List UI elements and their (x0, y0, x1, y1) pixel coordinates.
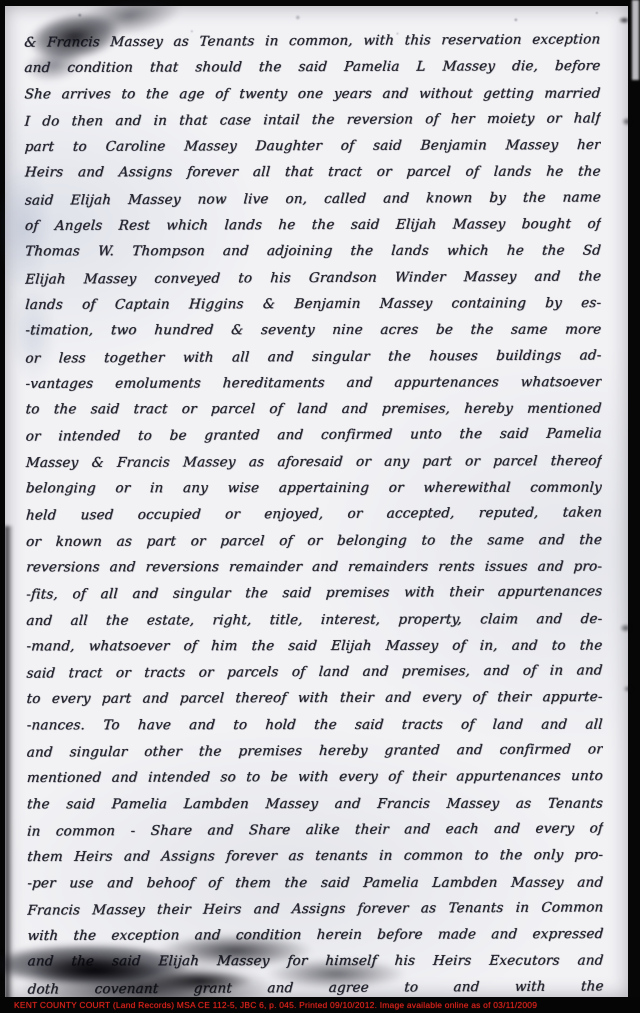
manuscript-line: and condition that should the said Pamel… (24, 53, 602, 81)
archive-caption: KENT COUNTY COURT (Land Records) MSA CE … (14, 1001, 537, 1010)
manuscript-line: and all the estate, right, title, intere… (25, 606, 603, 634)
scanned-deed-page: & Francis Massey as Tenants in common, w… (0, 0, 640, 1013)
manuscript-line: held used occupied or enjoyed, or accept… (25, 500, 603, 530)
manuscript-line: mentioned and intended so to be with eve… (26, 763, 604, 791)
manuscript-line: -per use and behoof of them the said Pam… (26, 869, 604, 896)
manuscript-line: Francis Massey their Heirs and Assigns f… (26, 894, 604, 924)
manuscript-line: to every part and parcel thereof with th… (26, 684, 604, 712)
manuscript-line: reversions and reversions remainder and … (25, 554, 603, 581)
manuscript-line: -timation, two hundred & seventy nine ac… (24, 317, 602, 344)
manuscript-line: said tract or tracts or parcels of land … (26, 658, 604, 688)
manuscript-line: with the exception and condition herein … (27, 921, 605, 949)
manuscript-line: or intended to be granted and confirmed … (25, 421, 603, 451)
manuscript-paper: & Francis Massey as Tenants in common, w… (5, 6, 628, 997)
manuscript-line: Heirs and Assigns forever all that tract… (24, 159, 602, 186)
manuscript-line: -vantages emoluments hereditaments and a… (25, 369, 603, 397)
manuscript-line: -mand, whatsoever of him the said Elijah… (26, 632, 604, 659)
manuscript-line: part to Caroline Massey Daughter of said… (24, 132, 602, 160)
manuscript-line: Thomas W. Thompson and adjoining the lan… (24, 238, 602, 265)
manuscript-line: the said Pamelia Lambden Massey and Fran… (26, 790, 604, 817)
manuscript-line: belonging or in any wise appertaining or… (25, 475, 603, 502)
manuscript-line: -fits, of all and singular the said prem… (25, 579, 603, 609)
manuscript-line: in common - Share and Share alike their … (26, 815, 604, 845)
scan-frame-notch (632, 0, 639, 80)
scan-shadow-left-edge (5, 526, 13, 1006)
manuscript-line: I do then and in that case intail the re… (24, 105, 602, 135)
manuscript-line: Massey & Francis Massey as aforesaid or … (25, 448, 603, 476)
manuscript-line: said Elijah Massey now live on, called a… (24, 184, 602, 214)
manuscript-line: She arrives to the age of twenty one yea… (24, 80, 602, 107)
manuscript-line: of Angels Rest which lands he the said E… (24, 211, 602, 239)
manuscript-line: them Heirs and Assigns forever as tenant… (26, 842, 604, 870)
manuscript-line: -nances. To have and to hold the said tr… (26, 711, 604, 738)
manuscript-line: & Francis Massey as Tenants in common, w… (23, 26, 601, 56)
manuscript-line: or known as part or parcel of or belongi… (25, 527, 603, 555)
manuscript-line: or less together with all and singular t… (25, 342, 603, 372)
archive-footer-band: KENT COUNTY COURT (Land Records) MSA CE … (0, 997, 640, 1013)
manuscript-text-block: & Francis Massey as Tenants in common, w… (24, 27, 603, 1002)
manuscript-line: and the said Elijah Massey for himself h… (27, 948, 605, 975)
manuscript-line: and singular other the premises hereby g… (26, 736, 604, 766)
manuscript-line: lands of Captain Higgins & Benjamin Mass… (24, 290, 602, 318)
manuscript-line: to the said tract or parcel of land and … (25, 396, 603, 423)
manuscript-line: Elijah Massey conveyed to his Grandson W… (24, 263, 602, 293)
